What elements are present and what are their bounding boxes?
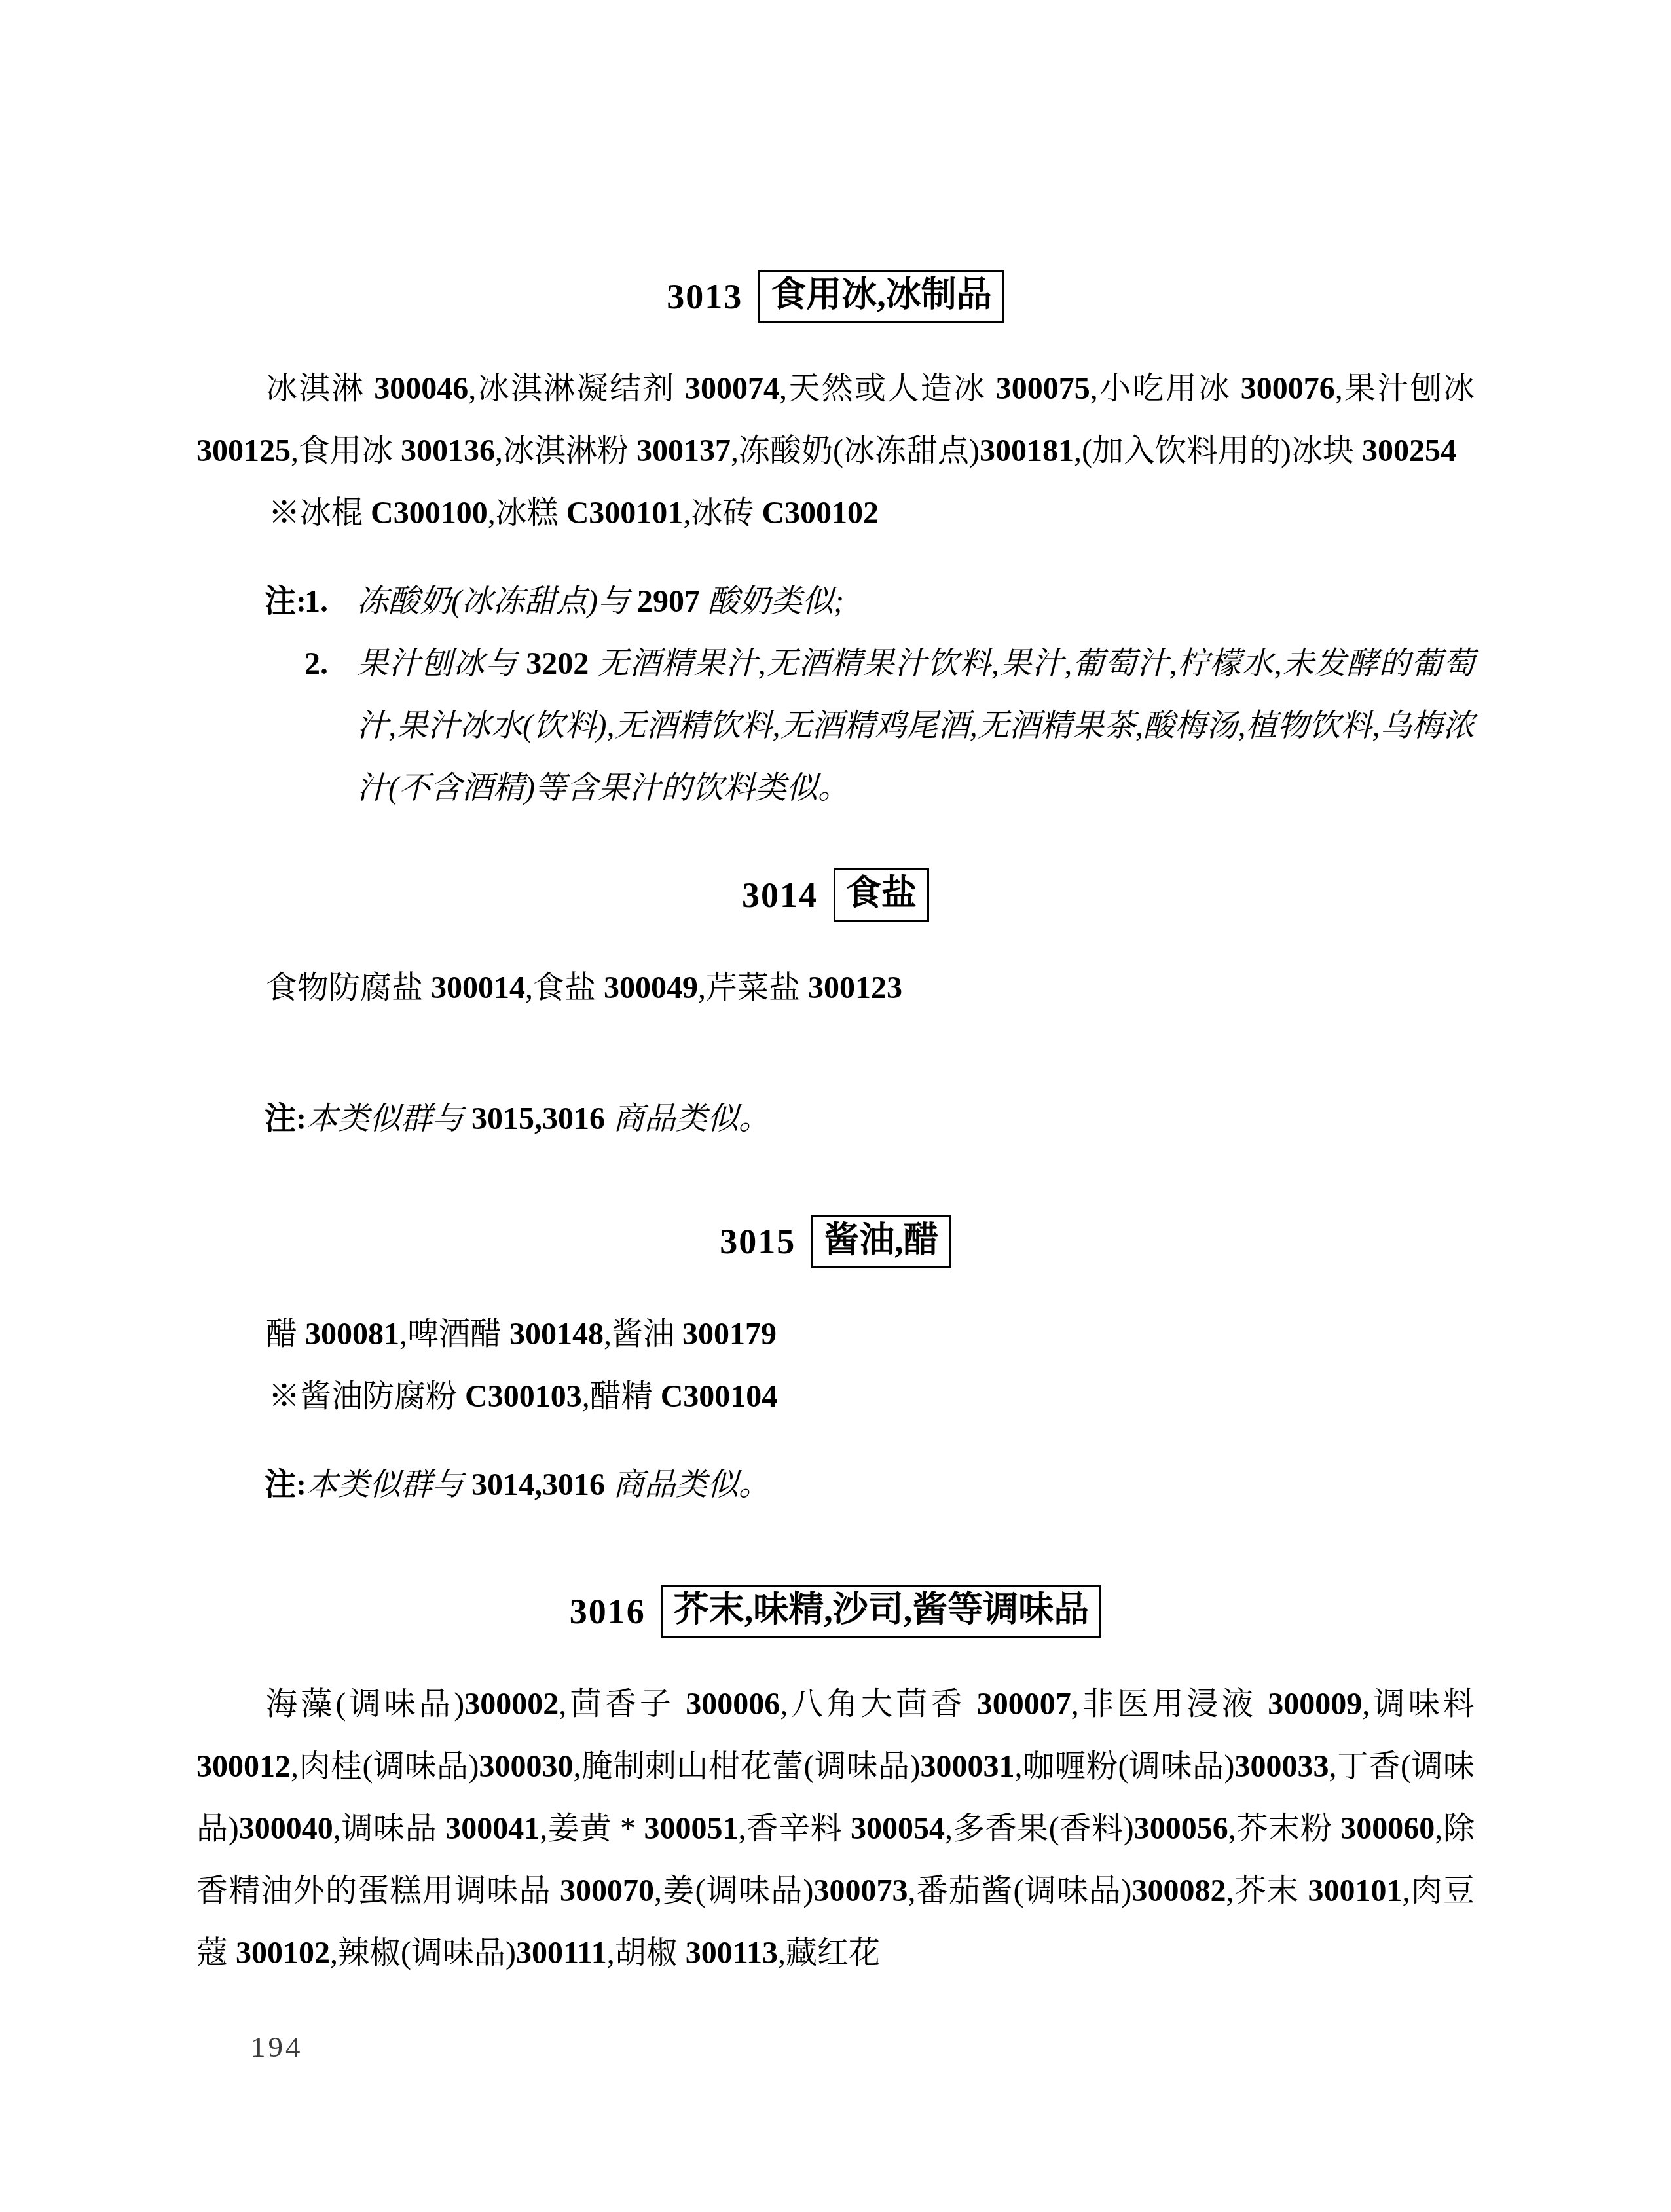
section-3013: 3013 食用冰,冰制品 冰淇淋 300046,冰淇淋凝结剂 300074,天然… bbox=[196, 0, 1475, 819]
text-segment: C300104 bbox=[661, 1379, 778, 1414]
text-segment: 300254 bbox=[1362, 433, 1456, 468]
text-segment: 300136 bbox=[401, 433, 495, 468]
text-segment: ,小吃用冰 bbox=[1090, 371, 1241, 406]
section-3015: 3015 酱油,醋 醋 300081,啤酒醋 300148,酱油 300179 … bbox=[196, 1215, 1475, 1516]
text-segment: ,食盐 bbox=[525, 970, 604, 1005]
text-segment: 300076 bbox=[1241, 371, 1335, 406]
section-code: 3013 bbox=[667, 276, 743, 317]
text-segment: ,天然或人造冰 bbox=[779, 371, 996, 406]
text-segment: ,姜黄 * bbox=[540, 1811, 644, 1846]
reference-line: ※冰棍 C300100,冰糕 C300101,冰砖 C300102 bbox=[196, 482, 1475, 544]
text-segment: ,芹菜盐 bbox=[698, 970, 808, 1005]
text-segment: ,冰淇淋凝结剂 bbox=[468, 371, 685, 406]
note-label: 注: bbox=[265, 1101, 306, 1136]
text-segment: ,(加入饮料用的)冰块 bbox=[1074, 433, 1362, 468]
goods-paragraph: 醋 300081,啤酒醋 300148,酱油 300179 bbox=[196, 1303, 1475, 1365]
text-segment: ※冰棍 bbox=[268, 496, 371, 530]
text-segment: 300113 bbox=[686, 1936, 778, 1970]
note-item: 2. 果汁刨冰与 3202 无酒精果汁,无酒精果汁饮料,果汁,葡萄汁,柠檬水,未… bbox=[265, 633, 1475, 819]
section-3014: 3014 食盐 食物防腐盐 300014,食盐 300049,芹菜盐 30012… bbox=[196, 868, 1475, 1149]
text-segment: ,腌制刺山柑花蕾(调味品) bbox=[573, 1749, 920, 1784]
text-segment: ,调味品 bbox=[333, 1811, 445, 1846]
text-segment: 300073 bbox=[813, 1873, 908, 1908]
section-heading: 3016 芥末,味精,沙司,酱等调味品 bbox=[196, 1585, 1475, 1638]
text-segment: 醋 bbox=[266, 1317, 305, 1352]
text-segment: 300040 bbox=[239, 1811, 333, 1846]
text-segment: ,冰淇淋粉 bbox=[495, 433, 636, 468]
text-segment: 300081 bbox=[305, 1317, 399, 1352]
section-title-box: 食用冰,冰制品 bbox=[758, 270, 1004, 323]
section-title-box: 酱油,醋 bbox=[811, 1215, 951, 1268]
goods-paragraph: 冰淇淋 300046,冰淇淋凝结剂 300074,天然或人造冰 300075,小… bbox=[196, 358, 1475, 482]
note-number: 2. bbox=[304, 633, 357, 695]
document-page: 3013 食用冰,冰制品 冰淇淋 300046,冰淇淋凝结剂 300074,天然… bbox=[0, 0, 1671, 2212]
text-segment: ,茴香子 bbox=[559, 1687, 686, 1722]
text-segment: ,食用冰 bbox=[291, 433, 401, 468]
text-segment: ,调味料 bbox=[1362, 1687, 1475, 1722]
text-segment: 300041 bbox=[445, 1811, 540, 1846]
section-code: 3015 bbox=[720, 1221, 796, 1262]
text-segment: 300014 bbox=[431, 970, 525, 1005]
text-segment: 300054 bbox=[851, 1811, 945, 1846]
note-text: 本类似群与 3014,3016 商品类似。 bbox=[306, 1467, 770, 1502]
text-segment: ,胡椒 bbox=[607, 1936, 686, 1970]
text-segment: 冻酸奶(冰冻甜点)与 bbox=[357, 584, 637, 619]
text-segment: 冰淇淋 bbox=[266, 371, 374, 406]
text-segment: ,醋精 bbox=[582, 1379, 661, 1414]
section-3016: 3016 芥末,味精,沙司,酱等调味品 海藻(调味品)300002,茴香子 30… bbox=[196, 1585, 1475, 1983]
note-text: 本类似群与 3015,3016 商品类似。 bbox=[306, 1101, 770, 1136]
text-segment: 300009 bbox=[1268, 1687, 1362, 1722]
text-segment: C300100 bbox=[371, 496, 488, 530]
text-segment: 300033 bbox=[1234, 1749, 1329, 1784]
goods-paragraph: 食物防腐盐 300014,食盐 300049,芹菜盐 300123 bbox=[196, 957, 1475, 1019]
text-segment: ,啤酒醋 bbox=[399, 1317, 509, 1352]
text-segment: 300179 bbox=[682, 1317, 777, 1352]
note-single: 注:本类似群与 3014,3016 商品类似。 bbox=[265, 1454, 1475, 1516]
text-segment: 酸奶类似; bbox=[700, 584, 844, 619]
text-segment: 商品类似。 bbox=[605, 1467, 770, 1502]
text-segment: 本类似群与 bbox=[306, 1101, 471, 1136]
text-segment: ,番茄酱(调味品) bbox=[908, 1873, 1131, 1908]
text-segment: ,咖喱粉(调味品) bbox=[1014, 1749, 1234, 1784]
text-segment: C300102 bbox=[762, 496, 879, 530]
text-segment: ,香辛料 bbox=[739, 1811, 851, 1846]
text-segment: 3014,3016 bbox=[471, 1467, 605, 1502]
text-segment: 300123 bbox=[808, 970, 902, 1005]
text-segment: 300056 bbox=[1134, 1811, 1228, 1846]
text-segment: 300051 bbox=[644, 1811, 739, 1846]
section-heading: 3013 食用冰,冰制品 bbox=[196, 0, 1475, 323]
text-segment: ※酱油防腐粉 bbox=[268, 1379, 465, 1414]
text-segment: 300049 bbox=[604, 970, 698, 1005]
text-segment: 3202 bbox=[526, 646, 589, 681]
text-segment: 300046 bbox=[374, 371, 468, 406]
text-segment: 本类似群与 bbox=[306, 1467, 471, 1502]
note-item: 注: 1. 冻酸奶(冰冻甜点)与 2907 酸奶类似; bbox=[265, 570, 1475, 633]
note-text: 冻酸奶(冰冻甜点)与 2907 酸奶类似; bbox=[357, 570, 1475, 633]
goods-paragraph: 海藻(调味品)300002,茴香子 300006,八角大茴香 300007,非医… bbox=[196, 1673, 1475, 1984]
section-heading: 3014 食盐 bbox=[196, 868, 1475, 921]
text-segment: 果汁刨冰与 bbox=[357, 646, 526, 681]
text-segment: 300148 bbox=[509, 1317, 604, 1352]
text-segment: 300002 bbox=[464, 1687, 559, 1722]
text-segment: 300012 bbox=[196, 1749, 291, 1784]
text-segment: ,辣椒(调味品) bbox=[330, 1936, 516, 1970]
text-segment: ,肉桂(调味品) bbox=[291, 1749, 479, 1784]
notes-block: 注: 1. 冻酸奶(冰冻甜点)与 2907 酸奶类似; 2. 果汁刨冰与 320… bbox=[265, 570, 1475, 819]
text-segment: 300102 bbox=[236, 1936, 330, 1970]
note-number: 1. bbox=[304, 570, 357, 633]
note-label: 注: bbox=[265, 1467, 306, 1502]
text-segment: 300125 bbox=[196, 433, 291, 468]
text-segment: 海藻(调味品) bbox=[266, 1687, 464, 1722]
text-segment: 2907 bbox=[637, 584, 700, 619]
text-segment: 300031 bbox=[920, 1749, 1014, 1784]
text-segment: ,八角大茴香 bbox=[780, 1687, 977, 1722]
note-single: 注:本类似群与 3015,3016 商品类似。 bbox=[265, 1088, 1475, 1150]
text-segment: ,姜(调味品) bbox=[654, 1873, 813, 1908]
text-segment: 商品类似。 bbox=[605, 1101, 770, 1136]
text-segment: ,芥末粉 bbox=[1228, 1811, 1340, 1846]
text-segment: 300137 bbox=[636, 433, 731, 468]
text-segment: 300007 bbox=[977, 1687, 1071, 1722]
text-segment: ,冰砖 bbox=[683, 496, 762, 530]
text-segment: 300082 bbox=[1131, 1873, 1226, 1908]
text-segment: 300075 bbox=[996, 371, 1090, 406]
reference-line: ※酱油防腐粉 C300103,醋精 C300104 bbox=[196, 1365, 1475, 1428]
text-segment: ,酱油 bbox=[604, 1317, 682, 1352]
text-segment: ,冻酸奶(冰冻甜点) bbox=[731, 433, 980, 468]
text-segment: ,多香果(香料) bbox=[945, 1811, 1134, 1846]
note-label: 注: bbox=[265, 570, 304, 633]
text-segment: ,芥末 bbox=[1226, 1873, 1308, 1908]
section-code: 3016 bbox=[570, 1591, 646, 1632]
text-segment: 300101 bbox=[1308, 1873, 1402, 1908]
page-number: 194 bbox=[251, 2030, 303, 2064]
text-segment: 300111 bbox=[516, 1936, 607, 1970]
text-segment: ,冰糕 bbox=[488, 496, 566, 530]
section-title-box: 食盐 bbox=[834, 868, 929, 921]
text-segment: 300181 bbox=[980, 433, 1074, 468]
text-segment: 食物防腐盐 bbox=[266, 970, 431, 1005]
section-title-box: 芥末,味精,沙司,酱等调味品 bbox=[661, 1585, 1102, 1638]
section-heading: 3015 酱油,醋 bbox=[196, 1215, 1475, 1268]
text-segment: 300074 bbox=[685, 371, 779, 406]
text-segment: ,非医用浸液 bbox=[1071, 1687, 1268, 1722]
note-text: 果汁刨冰与 3202 无酒精果汁,无酒精果汁饮料,果汁,葡萄汁,柠檬水,未发酵的… bbox=[357, 633, 1475, 819]
section-code: 3014 bbox=[742, 875, 818, 915]
text-segment: C300101 bbox=[566, 496, 684, 530]
text-segment: 300006 bbox=[686, 1687, 780, 1722]
text-segment: C300103 bbox=[465, 1379, 582, 1414]
text-segment: 3015,3016 bbox=[471, 1101, 605, 1136]
text-segment: ,果汁刨冰 bbox=[1335, 371, 1475, 406]
text-segment: 300060 bbox=[1340, 1811, 1435, 1846]
text-segment: ,藏红花 bbox=[778, 1936, 880, 1970]
text-segment: 300030 bbox=[479, 1749, 573, 1784]
text-segment: 300070 bbox=[560, 1873, 654, 1908]
